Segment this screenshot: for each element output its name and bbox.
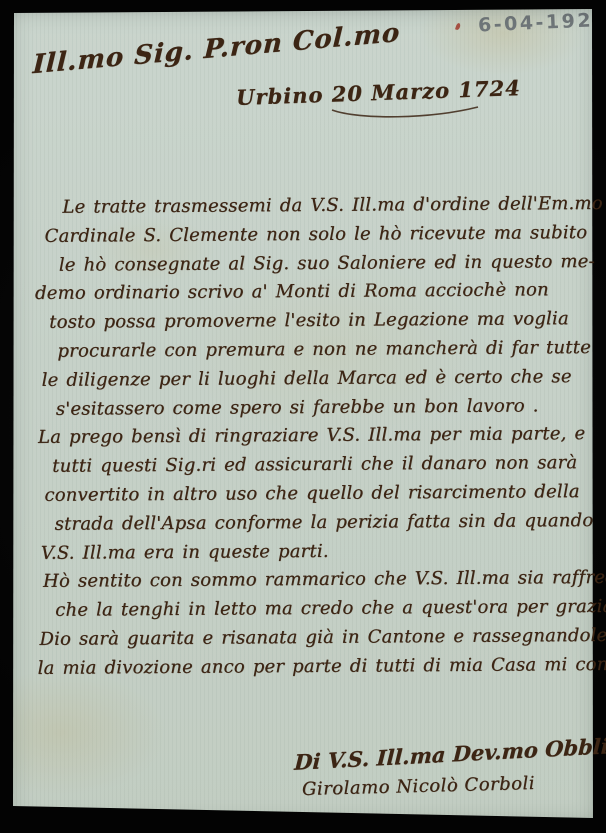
letter-line: Hò sentito con sommo rammarico che V.S. … <box>43 564 582 597</box>
letter-line: tutti questi Sig.ri ed assicurarli che i… <box>52 449 581 481</box>
letter-line: le diligenze per li luoghi della Marca e… <box>42 363 581 396</box>
letter-line: Dio sarà guarita e risanata già in Canto… <box>39 622 582 655</box>
flourish-underline-icon <box>330 104 480 122</box>
letter-line: V.S. Ill.ma era in queste parti. <box>41 536 582 569</box>
scanned-letter: 6-04-192 Ill.mo Sig. P.ron Col.mo Urbino… <box>0 0 606 833</box>
letter-line: La prego bensì di ringraziare V.S. Ill.m… <box>38 420 581 453</box>
letter-line: la mia divozione anco per parte di tutti… <box>38 651 583 684</box>
letter-line: le hò consegnate al Sig. suo Saloniere e… <box>59 248 580 280</box>
letter-line: s'esitassero come spero si farebbe un bo… <box>56 392 581 424</box>
letter-line: che la tenghi in letto ma credo che a qu… <box>55 593 582 625</box>
letter-line: Le tratte trasmessemi da V.S. Ill.ma d'o… <box>62 190 579 222</box>
letter-line: strada dell'Apsa conforme la perizia fat… <box>55 507 582 539</box>
letter-body: Le tratte trasmessemi da V.S. Ill.ma d'o… <box>34 190 582 683</box>
letter-line: Cardinale S. Clemente non solo le hò ric… <box>44 219 579 252</box>
letter-line: demo ordinario scrivo a' Monti di Roma a… <box>35 276 580 309</box>
letter-line: convertito in altro uso che quello del r… <box>44 478 581 511</box>
letter-line: tosto possa promoverne l'esito in Legazi… <box>49 305 580 338</box>
letter-line: procurarle con premura e non ne mancherà… <box>57 334 580 366</box>
